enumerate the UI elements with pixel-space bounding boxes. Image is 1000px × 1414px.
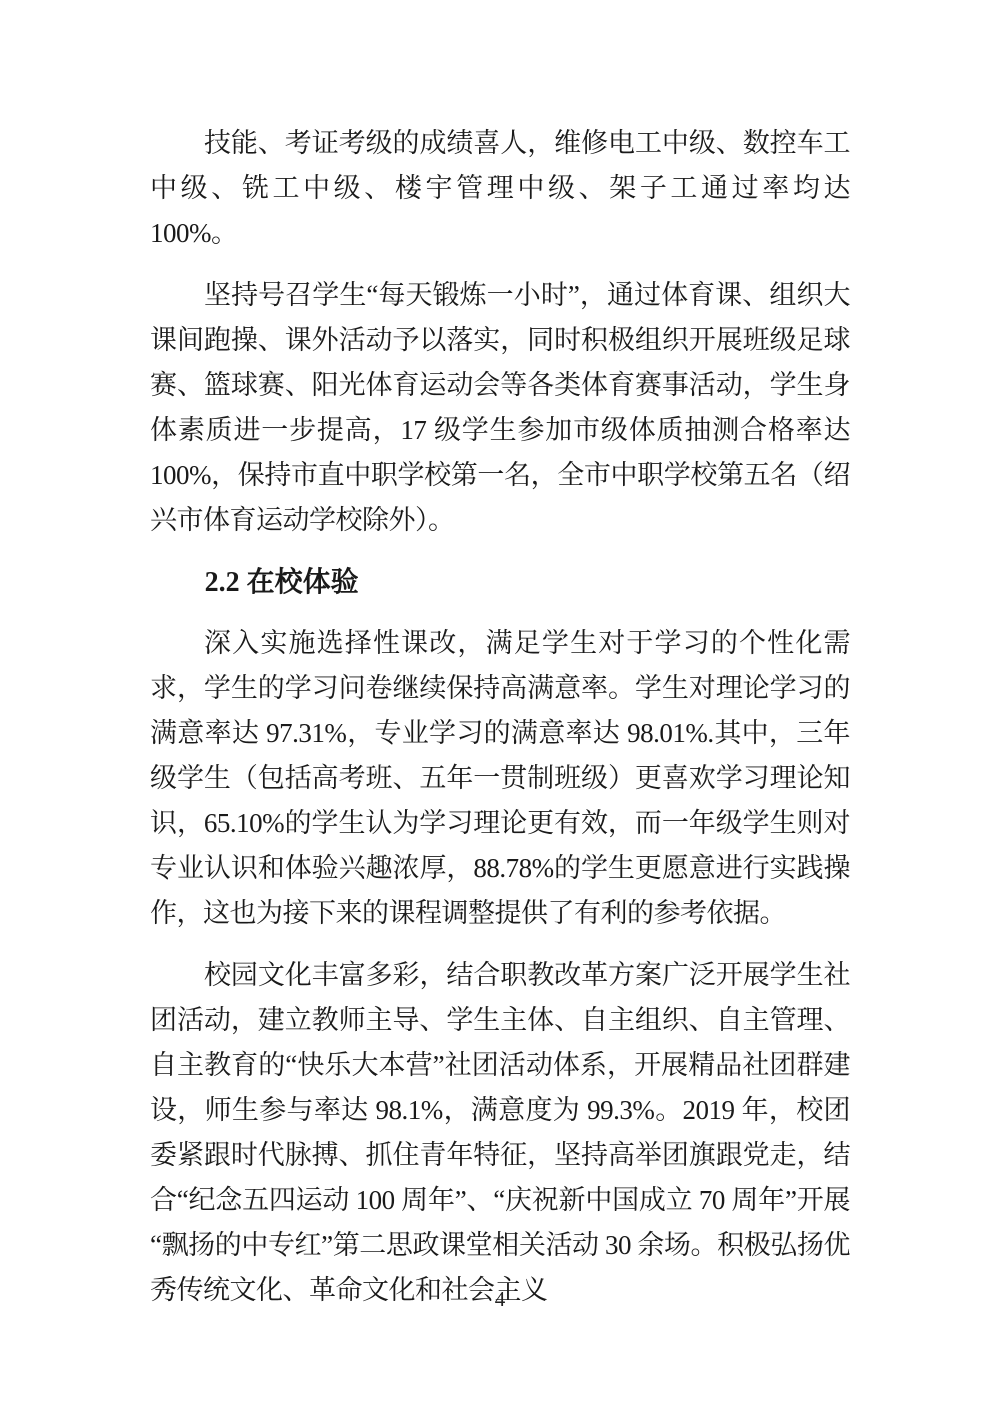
page-number: 4: [0, 1286, 1000, 1312]
section-heading-2-2: 2.2 在校体验: [150, 560, 850, 605]
document-page: 技能、考证考级的成绩喜人，维修电工中级、数控车工中级、铣工中级、楼宇管理中级、架…: [0, 0, 1000, 1414]
paragraph-campus-culture: 校园文化丰富多彩，结合职教改革方案广泛开展学生社团活动，建立教师主导、学生主体、…: [150, 953, 850, 1313]
paragraph-physical-exercise: 坚持号召学生“每天锻炼一小时”，通过体育课、组织大课间跑操、课外活动予以落实，同…: [150, 273, 850, 543]
document-body: 技能、考证考级的成绩喜人，维修电工中级、数控车工中级、铣工中级、楼宇管理中级、架…: [150, 121, 850, 1330]
paragraph-skills-certification: 技能、考证考级的成绩喜人，维修电工中级、数控车工中级、铣工中级、楼宇管理中级、架…: [150, 121, 850, 256]
paragraph-curriculum-satisfaction: 深入实施选择性课改，满足学生对于学习的个性化需求，学生的学习问卷继续保持高满意率…: [150, 621, 850, 936]
